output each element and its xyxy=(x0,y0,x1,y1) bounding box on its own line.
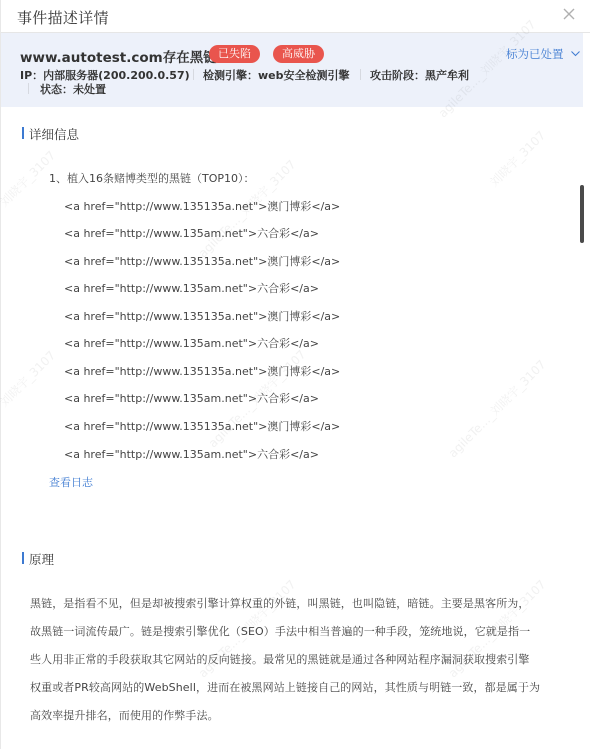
principle-text-line: 些人用非正常的手段获取其它网站的反向链接。最常见的黑链就是通过各种网站程序漏洞获… xyxy=(30,651,530,667)
blacklink-item: <a href="http://www.135135a.net">澳门博彩</a… xyxy=(64,253,340,269)
blacklink-item: <a href="http://www.135am.net">六合彩</a> xyxy=(64,280,319,296)
divider xyxy=(360,69,361,80)
event-title: www.autotest.com存在黑链 xyxy=(20,46,217,66)
watermark: 刘晓宇_3107 xyxy=(486,127,549,190)
principle-text-line: 故黑链一词流传最广。链是搜索引擎优化（SEO）手法中相当普遍的一种手段，笼统地说… xyxy=(30,623,530,639)
blacklink-item: <a href="http://www.135135a.net">澳门博彩</a… xyxy=(64,363,340,379)
watermark: agileTe..._刘晓宇_3107 xyxy=(444,356,549,461)
principle-text-line: 黑链，是指看不见，但是却被搜索引擎计算权重的外链，叫黑链，也叫隐链，暗链。主要是… xyxy=(30,595,530,611)
close-icon xyxy=(561,6,577,22)
principle-text-line: 权重或者PR较高网站的WebShell，进而在被黑网站上链接自己的网站，其性质与… xyxy=(30,679,540,695)
high-threat-badge: 高威胁 xyxy=(273,45,324,63)
section-marker xyxy=(22,127,24,139)
engine-info: 检测引擎：web安全检测引擎 xyxy=(203,67,350,83)
blacklink-item: <a href="http://www.135135a.net">澳门博彩</a… xyxy=(64,308,340,324)
status-info: 状态：未处置 xyxy=(40,81,106,97)
principle-text-line: 高效率提升排名，而使用的作弊手法。 xyxy=(30,707,219,723)
details-heading-label: 详细信息 xyxy=(29,125,79,143)
attack-stage-info: 攻击阶段：黑产牟利 xyxy=(370,67,469,83)
modal-title: 事件描述详情 xyxy=(17,7,109,28)
compromised-badge: 已失陷 xyxy=(209,45,260,63)
mark-handled-dropdown[interactable]: 标为已处置 xyxy=(506,46,580,62)
divider xyxy=(193,69,194,80)
vertical-scrollbar[interactable] xyxy=(580,185,584,243)
blacklink-item: <a href="http://www.135135a.net">澳门博彩</a… xyxy=(64,418,340,434)
view-log-link[interactable]: 查看日志 xyxy=(49,474,93,490)
chevron-down-icon xyxy=(571,46,580,60)
mark-handled-label: 标为已处置 xyxy=(506,47,564,61)
event-detail-modal: 事件描述详情 www.autotest.com存在黑链 已失陷 高威胁 标为已处… xyxy=(0,0,590,749)
blacklink-item: <a href="http://www.135am.net">六合彩</a> xyxy=(64,335,319,351)
blacklink-item: <a href="http://www.135135a.net">澳门博彩</a… xyxy=(64,198,340,214)
close-button[interactable] xyxy=(561,6,577,22)
blacklink-item: <a href="http://www.135am.net">六合彩</a> xyxy=(64,390,319,406)
watermark: 刘晓宇_3107 xyxy=(0,347,59,410)
divider xyxy=(28,83,29,94)
section-marker xyxy=(22,552,24,564)
blacklink-item: <a href="http://www.135am.net">六合彩</a> xyxy=(64,446,319,462)
blacklink-item: <a href="http://www.135am.net">六合彩</a> xyxy=(64,225,319,241)
principle-heading-label: 原理 xyxy=(29,550,54,568)
detail-intro: 1、植入16条赌博类型的黑链（TOP10）： xyxy=(49,170,255,186)
modal-header: 事件描述详情 xyxy=(1,0,590,33)
event-summary: www.autotest.com存在黑链 已失陷 高威胁 标为已处置 IP：内部… xyxy=(1,33,583,107)
